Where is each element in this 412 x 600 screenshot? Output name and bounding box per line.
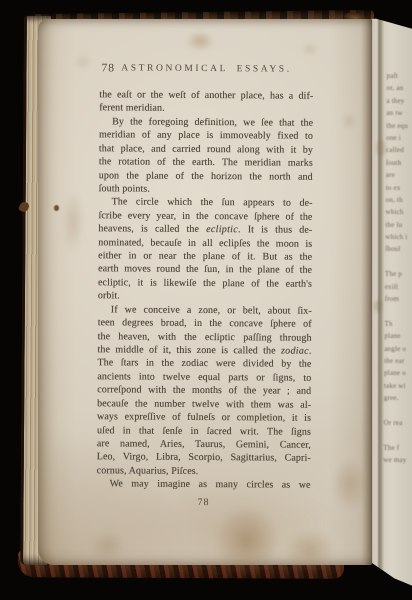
facing-text-fragment	[384, 404, 412, 417]
text-line: The circle which the ſun appears to de-	[99, 196, 313, 211]
facing-text-fragment: angle o	[384, 342, 412, 355]
facing-text-fragment: we may	[383, 454, 412, 467]
page-header: 78 ASTRONOMICAL ESSAYS.	[99, 62, 313, 89]
book-page: 78 ASTRONOMICAL ESSAYS. the eaſt or the …	[38, 19, 372, 565]
facing-text-fragment	[385, 256, 412, 269]
facing-text-fragment: plane	[384, 330, 412, 343]
facing-text-fragment: The p	[385, 268, 412, 281]
running-title: ASTRONOMICAL ESSAYS.	[99, 63, 313, 74]
text-line: upon the plane of the horizon the north …	[99, 169, 313, 184]
facing-text-fragment: on, th	[386, 194, 412, 207]
stain	[374, 300, 382, 312]
facing-text-fragment: the equ	[386, 119, 412, 132]
footer-page-number: 78	[96, 496, 310, 508]
stain	[332, 457, 368, 511]
facing-text-fragment: plane o	[384, 367, 412, 380]
facing-text-fragment	[383, 429, 412, 442]
facing-page: paſtor, ana theyan twthe equone icalledſ…	[370, 0, 412, 600]
facing-text-fragment: Th	[384, 318, 412, 331]
stain	[302, 43, 318, 55]
text-line: ecliptic, it is likewiſe the plane of th…	[98, 276, 312, 291]
facing-text-fragment: ſouth	[386, 157, 412, 170]
stain	[186, 31, 214, 51]
ink-speck	[54, 205, 59, 211]
page-text-layer: 78 ASTRONOMICAL ESSAYS. the eaſt or the …	[96, 62, 313, 508]
text-line: the rotation of the earth. The meridian …	[99, 155, 313, 170]
text-line: teen degrees broad, in the concave ſpher…	[98, 316, 312, 331]
text-line: earth moves round the ſun, in the plane …	[98, 263, 312, 278]
facing-text-fragment: Or rea	[384, 417, 412, 430]
facing-text-fragment: to ex	[386, 181, 412, 194]
book-photograph: paſtor, ana theyan twthe equone icalledſ…	[0, 0, 412, 600]
facing-page-text: paſtor, ana theyan twthe equone icalledſ…	[383, 70, 412, 467]
facing-text-fragment: from	[385, 293, 412, 306]
facing-text-fragment: are	[386, 169, 412, 182]
text-line: heavens, is called the ecliptic. It is t…	[98, 222, 312, 237]
text-line: We may imagine as many circles as we	[97, 477, 311, 492]
paragraph: If we conceive a zone, or belt, about ſi…	[97, 303, 312, 479]
text-line: ferent meridian.	[99, 102, 313, 117]
stain	[62, 191, 84, 253]
facing-text-fragment	[385, 305, 412, 318]
facing-text-fragment: exiſt	[385, 281, 412, 294]
facing-text-fragment: ſhoul	[385, 243, 412, 256]
facing-text-fragment: the lu	[385, 219, 412, 232]
facing-text-fragment: gree.	[384, 392, 412, 405]
text-line: The ſtars in the zodiac were divided by …	[97, 357, 311, 372]
paragraph: We may imagine as many circles as we	[97, 477, 311, 492]
stain	[342, 113, 356, 129]
facing-text-fragment: one i	[386, 132, 412, 145]
facing-text-fragment: paſt	[387, 70, 412, 83]
facing-text-fragment: which i	[385, 231, 412, 244]
facing-text-fragment: take wi	[384, 380, 412, 393]
paragraph: By the foregoing definition, we ſee that…	[99, 115, 314, 197]
stain	[376, 140, 386, 156]
facing-text-fragment: called	[386, 144, 412, 157]
stain	[74, 55, 92, 69]
facing-text-fragment: The f	[383, 442, 412, 455]
stain	[90, 531, 126, 561]
facing-text-fragment: which	[385, 206, 412, 219]
facing-text-fragment: or, an	[387, 82, 412, 95]
text-block: the eaſt or the weſt of another place, h…	[97, 88, 314, 492]
paragraph: The circle which the ſun appears to de-ſ…	[98, 196, 313, 305]
facing-text-fragment: an tw	[386, 107, 412, 120]
text-line: Leo, Virgo, Libra, Scorpio, Sagittarius,…	[97, 451, 311, 466]
text-line: ways expreſſive of fulneſs or completion…	[97, 410, 311, 425]
facing-text-fragment: a they	[386, 95, 412, 108]
facing-text-fragment: the ear	[384, 355, 412, 368]
paragraph: the eaſt or the weſt of another place, h…	[99, 88, 313, 116]
text-line: meridian of any place is immoveably fixe…	[99, 129, 313, 144]
text-line: correſpond with the months of the year ;…	[97, 384, 311, 399]
